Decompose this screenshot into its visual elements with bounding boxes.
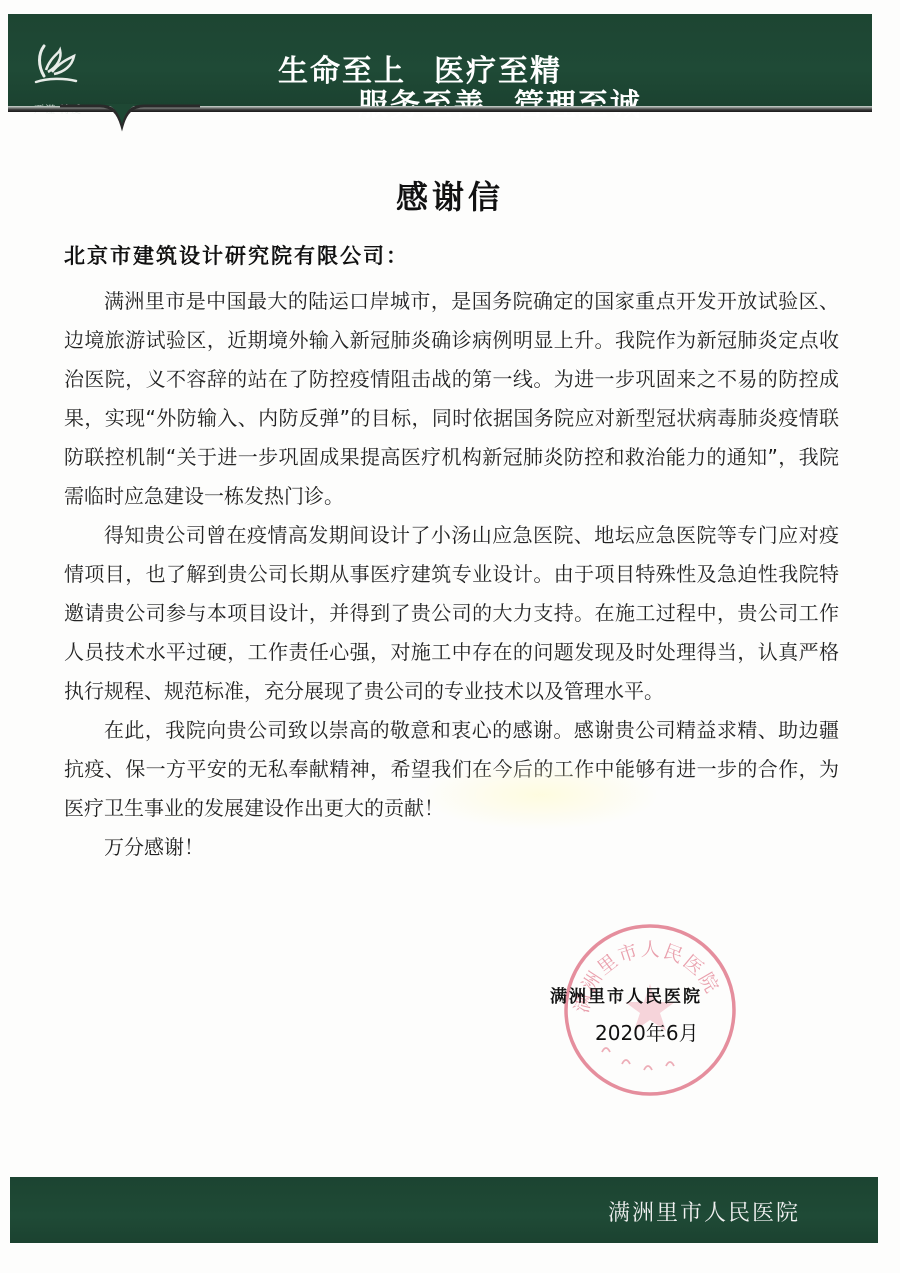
slogan-line-2: 服务至善管理至诚 <box>358 80 670 124</box>
scan-glare <box>420 760 660 830</box>
footer-hospital-name: 满洲里市人民医院 <box>608 1196 800 1227</box>
footer-banner: 满洲里市人民医院 <box>10 1177 878 1243</box>
signature-date: 2020年6月 <box>595 1017 699 1046</box>
header-banner: 严谨 博爱 生命至上医疗至精 服务至善管理至诚 <box>8 14 872 106</box>
paragraph-2: 得知贵公司曾在疫情高发期间设计了小汤山应急医院、地坛应急医院等专门应对疫情项目，… <box>64 516 839 711</box>
official-seal-icon: 满洲里市人民医院 <box>562 922 738 1098</box>
hospital-logo-icon <box>30 40 80 90</box>
paragraph-1: 满洲里市是中国最大的陆运口岸城市，是国务院确定的国家重点开发开放试验区、边境旅游… <box>64 282 839 516</box>
signature-hospital: 满洲里市人民医院 <box>550 982 702 1007</box>
header-notch-ornament <box>60 104 200 134</box>
closing-line: 万分感谢！ <box>64 828 839 867</box>
letter-title: 感谢信 <box>0 172 900 218</box>
salutation: 北京市建筑设计研究院有限公司： <box>64 240 409 270</box>
